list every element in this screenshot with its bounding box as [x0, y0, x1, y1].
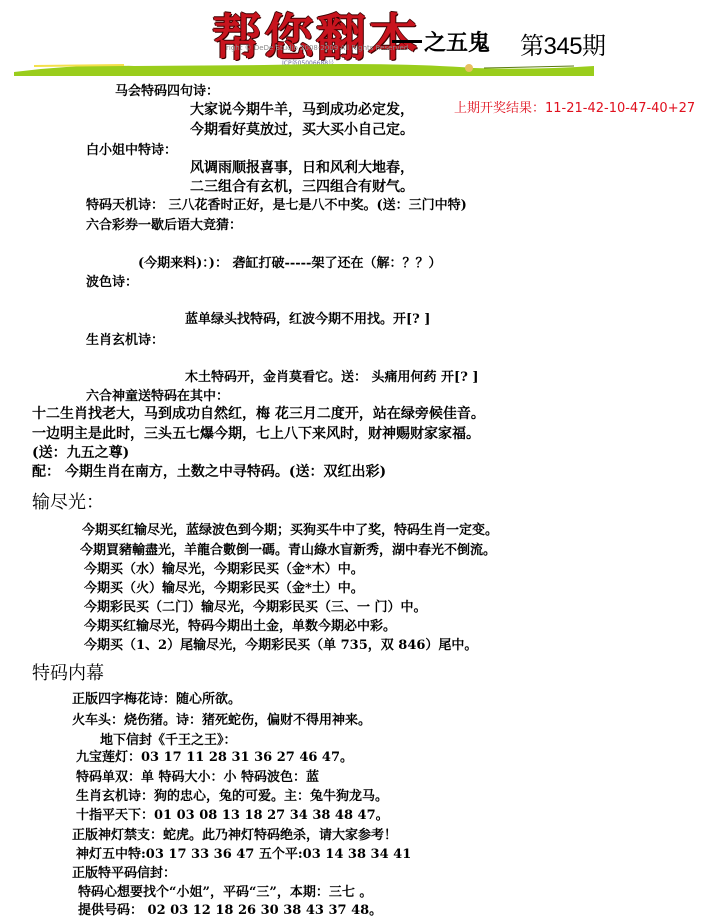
neimu-line-7: 十指平天下：01 03 08 13 18 27 34 38 48 47。: [76, 804, 389, 823]
neimu-line-10: 正版特平码信封：: [72, 862, 176, 881]
issue-number: 第345期: [520, 26, 606, 61]
mahui-line-1: 大家说今期牛羊，马到成功必定发，: [190, 99, 414, 119]
shentong-heading: 六合神童送特码在其中：: [86, 385, 229, 404]
banner-dash: [392, 40, 422, 43]
liuhe-guess-line: (今期来料)：)： 砻缸打破-----架了还在（解：？？）: [138, 252, 441, 271]
coin-icon: [465, 64, 473, 72]
shengxiao-line: 木土特码开，金肖莫看它。送： 头痛用何药 开[? ]: [185, 366, 479, 385]
neimu-line-9: 神灯五中特:03 17 33 36 47 五个平:03 14 38 34 41: [76, 843, 411, 862]
tianji-poem: 特码天机诗： 三八花香时正好，是七是八不中奖。(送：三门中特): [86, 194, 467, 213]
shujinguang-line-6: 今期买红输尽光，特码今期出土金，单数今期必中彩。: [84, 615, 396, 634]
baixiaojie-line-1: 风调雨顺报喜事，日和风利大地春，: [190, 157, 414, 177]
neimu-line-8: 正版神灯禁支：蛇虎。此乃神灯特码绝杀，请大家参考！: [72, 824, 397, 843]
shujinguang-line-1: 今期买红输尽光，蓝绿波色到今期；买狗买牛中了奖，特码生肖一定变。: [82, 519, 498, 538]
neimu-line-4: 九宝莲灯：03 17 11 28 31 36 27 46 47。: [76, 746, 353, 765]
liuhe-guess-heading: 六合彩券一歇后语大竞猜：: [86, 214, 242, 233]
neimu-line-2: 火车头：烧伤猪。诗：猪死蛇伤，偏财不得用神来。: [72, 709, 371, 728]
neimu-line-11: 特码心想要找个“小姐”，平码“三”，本期：三七 。: [78, 881, 372, 900]
neimu-heading: 特码内幕: [32, 659, 104, 685]
baixiaojie-line-2: 二三组合有玄机，三四组合有财气。: [190, 176, 414, 196]
shentong-line-4: 配： 今期生肖在南方，土数之中寻特码。(送：双红出彩): [32, 461, 386, 481]
baixiaojie-heading: 白小姐中特诗：: [86, 139, 177, 158]
shujinguang-line-7: 今期买（1、2）尾输尽光，今期彩民买（单 735，双 846）尾中。: [84, 634, 477, 653]
bose-heading: 波色诗：: [86, 271, 138, 290]
shujinguang-line-4: 今期买（火）输尽光，今期彩民买（金*土）中。: [84, 577, 364, 596]
banner-copyright: right © DeDe Studio 2008-2009 All Rights…: [226, 44, 408, 52]
shengxiao-heading: 生肖玄机诗：: [86, 329, 164, 348]
mahui-line-2: 今期看好莫放过，买大买小自己定。: [190, 119, 414, 139]
neimu-line-6: 生肖玄机诗：狗的忠心，兔的可爱。主：兔牛狗龙马。: [76, 785, 388, 804]
bose-line: 蓝单绿头找特码，红波今期不用找。开[? ]: [185, 308, 430, 327]
neimu-line-12: 提供号码： 02 03 12 18 26 30 38 43 37 48。: [78, 899, 382, 916]
neimu-line-5: 特码单双：单 特码大小：小 特码波色：蓝: [76, 766, 319, 785]
green-band-decoration: [14, 62, 594, 76]
shujinguang-line-3: 今期买（水）输尽光，今期彩民买（金*木）中。: [84, 558, 364, 577]
shentong-line-1: 十二生肖找老大，马到成功自然红，梅 花三月二度开，站在绿旁候佳音。: [32, 403, 485, 423]
shentong-line-3: (送：九五之尊): [32, 442, 129, 462]
previous-result: 上期开奖结果：11-21-42-10-47-40+27: [454, 97, 695, 116]
shujinguang-line-5: 今期彩民买（二门）输尽光，今期彩民买（三、一 门）中。: [84, 596, 427, 615]
shentong-line-2: 一边明主是此时，三头五七爆今期，七上八下来风时，财神赐财家家福。: [32, 423, 480, 443]
neimu-line-1: 正版四字梅花诗：随心所欲。: [72, 688, 241, 707]
shujinguang-heading: 输尽光：: [32, 488, 104, 514]
banner-subtitle: 之五鬼: [424, 26, 490, 57]
mahui-heading: 马会特码四句诗：: [115, 80, 219, 99]
shujinguang-line-2: 今期買豬輸盡光，羊龍合數倒一碼。青山綠水盲新秀，湖中春光不倒流。: [80, 539, 496, 558]
